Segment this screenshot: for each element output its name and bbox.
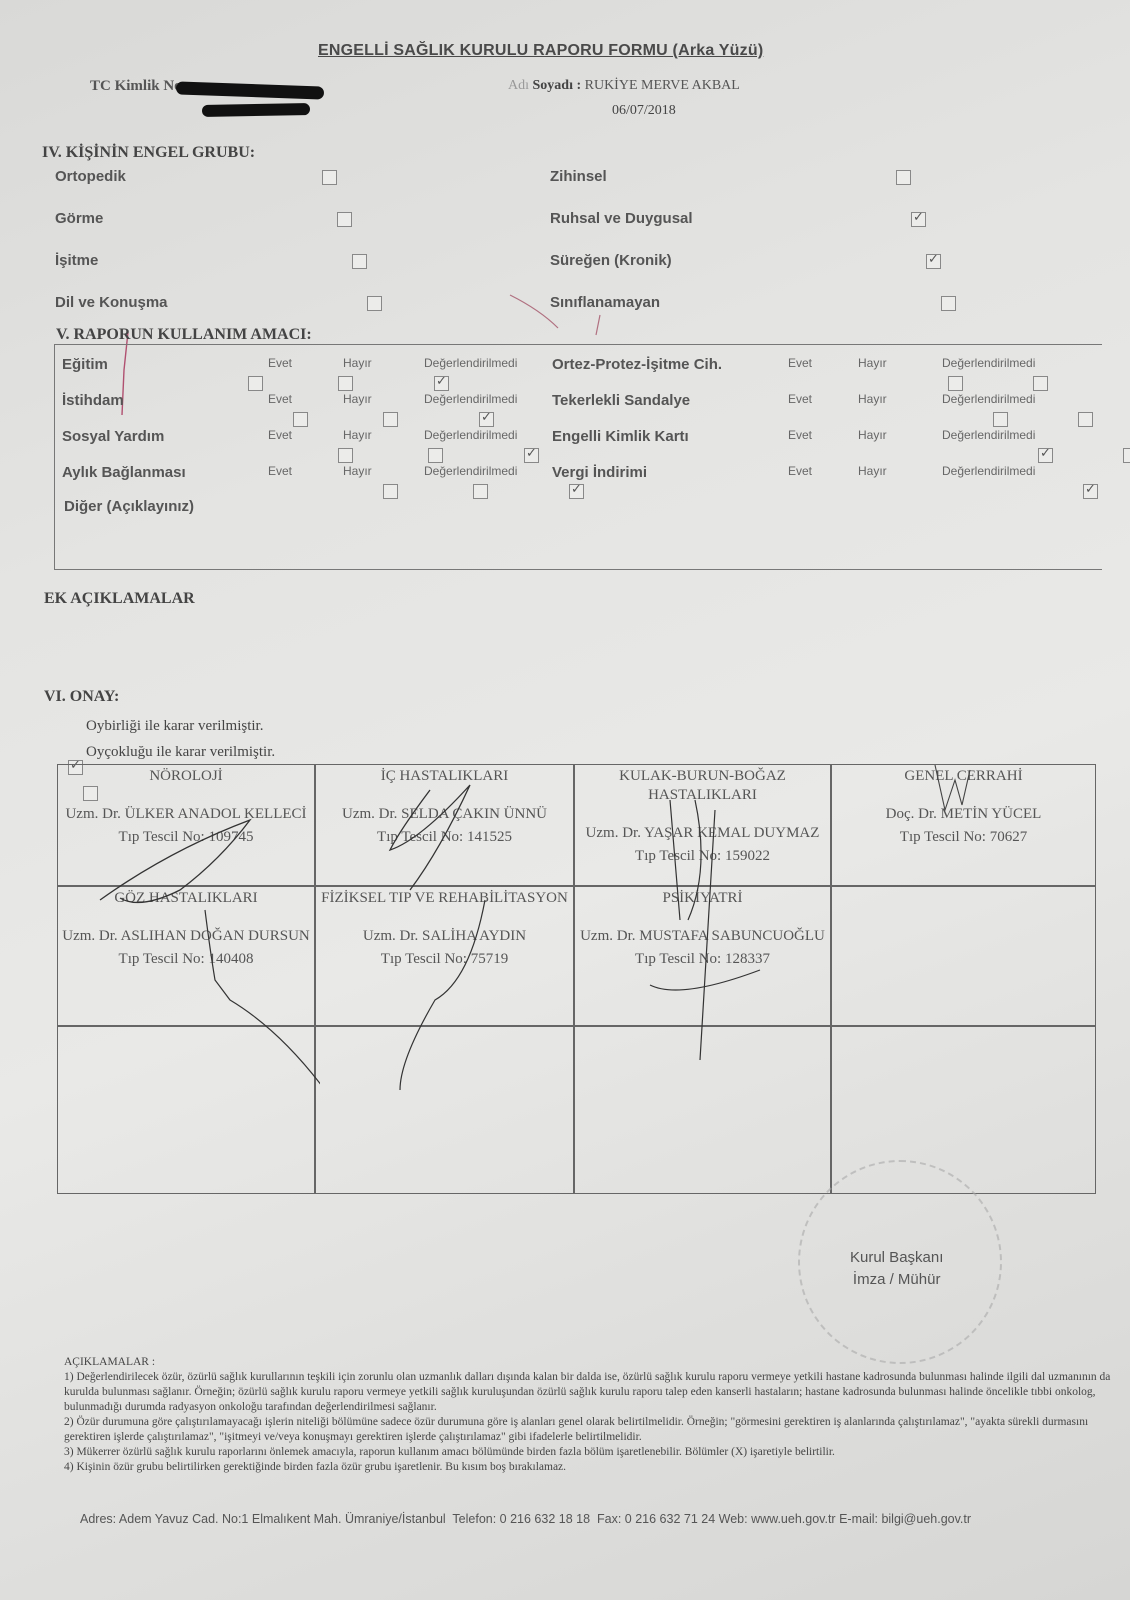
usage-row-label: Tekerlekli Sandalye <box>552 392 690 409</box>
usage-option-label: Evet <box>268 464 292 478</box>
usage-option-label: Hayır <box>343 464 372 478</box>
usage-option-label: Değerlendirilmedi <box>942 464 1035 478</box>
footer-contact: Adres: Adem Yavuz Cad. No:1 Elmalıkent M… <box>80 1512 971 1526</box>
usage-other-label: Diğer (Açıklayınız) <box>64 498 194 515</box>
committee-department: GÖZ HASTALIKLARI <box>58 889 314 908</box>
name-label: Soyadı : <box>533 78 582 93</box>
disability-group-checkbox[interactable] <box>941 296 956 311</box>
usage-row-label: İstihdam <box>62 392 124 409</box>
usage-option-label: Hayır <box>858 464 887 478</box>
usage-option-label: Hayır <box>858 356 887 370</box>
extra-notes-heading: EK AÇIKLAMALAR <box>44 590 195 608</box>
usage-option-checkbox[interactable] <box>248 376 263 391</box>
approval-option-label: Oyçokluğu ile karar verilmiştir. <box>86 744 275 761</box>
usage-option-label: Hayır <box>858 428 887 442</box>
committee-department: FİZİKSEL TIP VE REHABİLİTASYON <box>316 889 573 908</box>
chair-label: Kurul Başkanı <box>850 1247 943 1269</box>
usage-option-checkbox[interactable] <box>338 376 353 391</box>
usage-row-label: Aylık Bağlanması <box>62 464 186 481</box>
disability-group-heading: IV. KİŞİNİN ENGEL GRUBU: <box>42 144 255 162</box>
name-line: Adı Soyadı : RUKİYE MERVE AKBAL <box>508 78 740 94</box>
usage-option-checkbox[interactable] <box>1078 412 1093 427</box>
note-item: 2) Özür durumuna göre çalıştırılamayacağ… <box>64 1415 1124 1445</box>
usage-option-checkbox[interactable] <box>948 376 963 391</box>
chair-signature-label: Kurul Başkanı İmza / Mühür <box>850 1247 943 1291</box>
report-date: 06/07/2018 <box>612 103 676 119</box>
name-label-prefix: Adı <box>508 78 529 93</box>
committee-doctor: Uzm. Dr. SELDA ÇAKIN ÜNNÜ <box>316 804 573 825</box>
usage-option-checkbox[interactable] <box>993 412 1008 427</box>
tc-id-label: TC Kimlik No: <box>90 78 187 95</box>
committee-cell: FİZİKSEL TIP VE REHABİLİTASYONUzm. Dr. S… <box>315 886 574 1026</box>
usage-heading: V. RAPORUN KULLANIM AMACI: <box>56 326 312 344</box>
committee-department: NÖROLOJİ <box>58 767 314 786</box>
usage-option-label: Değerlendirilmedi <box>942 392 1035 406</box>
approval-option-label: Oybirliği ile karar verilmiştir. <box>86 718 263 735</box>
usage-option-label: Hayır <box>343 356 372 370</box>
usage-row-label: Sosyal Yardım <box>62 428 164 445</box>
usage-option-checkbox[interactable] <box>293 412 308 427</box>
usage-option-label: Evet <box>268 356 292 370</box>
notes-section: AÇIKLAMALAR : 1) Değerlendirilecek özür,… <box>64 1355 1124 1475</box>
usage-option-label: Değerlendirilmedi <box>424 392 517 406</box>
usage-option-label: Evet <box>788 392 812 406</box>
committee-cell: NÖROLOJİUzm. Dr. ÜLKER ANADOL KELLECİTıp… <box>57 764 315 886</box>
usage-option-checkbox[interactable] <box>383 412 398 427</box>
usage-row-label: Vergi İndirimi <box>552 464 647 481</box>
usage-option-checkbox[interactable] <box>479 412 494 427</box>
committee-department: GENEL CERRAHİ <box>832 767 1095 786</box>
committee-cell: GENEL CERRAHİDoç. Dr. METİN YÜCELTıp Tes… <box>831 764 1096 886</box>
redaction-bar <box>202 103 310 117</box>
committee-registration: Tıp Tescil No: 141525 <box>316 829 573 846</box>
usage-option-label: Değerlendirilmedi <box>424 464 517 478</box>
disability-group-label: Dil ve Konuşma <box>55 294 168 311</box>
usage-option-label: Değerlendirilmedi <box>424 356 517 370</box>
usage-rows: EğitimEvetHayırDeğerlendirilmediİstihdam… <box>0 20 1130 40</box>
committee-registration: Tıp Tescil No: 70627 <box>832 829 1095 846</box>
footer-fax: Fax: 0 216 632 71 24 <box>597 1512 715 1526</box>
committee-table: NÖROLOJİUzm. Dr. ÜLKER ANADOL KELLECİTıp… <box>57 764 1117 1194</box>
disability-group-label: Görme <box>55 210 103 227</box>
committee-registration: Tıp Tescil No: 159022 <box>575 848 830 865</box>
usage-option-checkbox[interactable] <box>383 484 398 499</box>
committee-cell <box>831 886 1096 1026</box>
name-value: RUKİYE MERVE AKBAL <box>585 78 740 93</box>
footer-email: E-mail: bilgi@ueh.gov.tr <box>839 1512 971 1526</box>
note-item: 4) Kişinin özür grubu belirtilirken gere… <box>64 1460 1124 1475</box>
note-item: 1) Değerlendirilecek özür, özürlü sağlık… <box>64 1370 1124 1415</box>
disability-group-checkbox[interactable] <box>367 296 382 311</box>
usage-option-label: Evet <box>788 428 812 442</box>
disability-group-label: Sınıflanamayan <box>550 294 660 311</box>
disability-group-label: İşitme <box>55 252 98 269</box>
committee-doctor: Uzm. Dr. ASLIHAN DOĞAN DURSUN <box>58 926 314 947</box>
committee-registration: Tıp Tescil No: 140408 <box>58 951 314 968</box>
committee-cell <box>574 1026 831 1194</box>
disability-group-label: Ortopedik <box>55 168 126 185</box>
usage-option-checkbox[interactable] <box>569 484 584 499</box>
committee-cell <box>315 1026 574 1194</box>
usage-option-checkbox[interactable] <box>338 448 353 463</box>
committee-doctor: Uzm. Dr. MUSTAFA SABUNCUOĞLU <box>575 926 830 947</box>
disability-group-label: Ruhsal ve Duygusal <box>550 210 693 227</box>
usage-option-label: Evet <box>788 356 812 370</box>
usage-option-label: Evet <box>268 392 292 406</box>
disability-group-label: Süreğen (Kronik) <box>550 252 672 269</box>
note-item: 3) Mükerrer özürlü sağlık kurulu raporla… <box>64 1445 1124 1460</box>
usage-option-label: Evet <box>268 428 292 442</box>
notes-heading: AÇIKLAMALAR : <box>64 1355 1124 1370</box>
committee-cell: GÖZ HASTALIKLARIUzm. Dr. ASLIHAN DOĞAN D… <box>57 886 315 1026</box>
committee-department: KULAK-BURUN-BOĞAZ HASTALIKLARI <box>575 767 830 805</box>
signature-seal-label: İmza / Mühür <box>850 1269 943 1291</box>
committee-cell <box>57 1026 315 1194</box>
usage-option-checkbox[interactable] <box>524 448 539 463</box>
disability-group-checkbox[interactable] <box>911 212 926 227</box>
committee-registration: Tıp Tescil No: 109745 <box>58 829 314 846</box>
disability-group-checkbox[interactable] <box>926 254 941 269</box>
usage-box <box>54 344 1102 570</box>
committee-registration: Tıp Tescil No: 128337 <box>575 951 830 968</box>
usage-option-checkbox[interactable] <box>1123 448 1130 463</box>
footer-web: Web: www.ueh.gov.tr <box>719 1512 836 1526</box>
committee-cell: İÇ HASTALIKLARIUzm. Dr. SELDA ÇAKIN ÜNNÜ… <box>315 764 574 886</box>
committee-doctor: Uzm. Dr. ÜLKER ANADOL KELLECİ <box>58 804 314 825</box>
usage-option-label: Değerlendirilmedi <box>942 428 1035 442</box>
usage-option-checkbox[interactable] <box>434 376 449 391</box>
usage-option-checkbox[interactable] <box>1033 376 1048 391</box>
footer-address: Adres: Adem Yavuz Cad. No:1 Elmalıkent M… <box>80 1512 446 1526</box>
committee-department: PSİKİYATRİ <box>575 889 830 908</box>
footer-phone: Telefon: 0 216 632 18 18 <box>452 1512 590 1526</box>
usage-option-checkbox[interactable] <box>1038 448 1053 463</box>
committee-registration: Tıp Tescil No: 75719 <box>316 951 573 968</box>
disability-group-label: Zihinsel <box>550 168 607 185</box>
disability-group-checkbox[interactable] <box>337 212 352 227</box>
usage-option-label: Hayır <box>343 392 372 406</box>
redaction-bar <box>176 81 324 99</box>
usage-option-checkbox[interactable] <box>1083 484 1098 499</box>
usage-option-label: Evet <box>788 464 812 478</box>
usage-option-label: Hayır <box>343 428 372 442</box>
committee-cell: PSİKİYATRİUzm. Dr. MUSTAFA SABUNCUOĞLUTı… <box>574 886 831 1026</box>
usage-option-label: Değerlendirilmedi <box>942 356 1035 370</box>
usage-option-label: Hayır <box>858 392 887 406</box>
usage-row-label: Eğitim <box>62 356 108 373</box>
committee-department: İÇ HASTALIKLARI <box>316 767 573 786</box>
committee-doctor: Doç. Dr. METİN YÜCEL <box>832 804 1095 825</box>
usage-row-label: Ortez-Protez-İşitme Cih. <box>552 356 722 373</box>
usage-option-checkbox[interactable] <box>473 484 488 499</box>
form-title: ENGELLİ SAĞLIK KURULU RAPORU FORMU (Arka… <box>318 42 763 60</box>
usage-option-label: Değerlendirilmedi <box>424 428 517 442</box>
disability-group-list: OrtopedikGörmeİşitmeDil ve KonuşmaZihins… <box>0 0 1130 20</box>
committee-cell: KULAK-BURUN-BOĞAZ HASTALIKLARIUzm. Dr. Y… <box>574 764 831 886</box>
approval-heading: VI. ONAY: <box>44 688 119 706</box>
disability-group-checkbox[interactable] <box>352 254 367 269</box>
usage-option-checkbox[interactable] <box>428 448 443 463</box>
disability-group-checkbox[interactable] <box>896 170 911 185</box>
committee-doctor: Uzm. Dr. YAŞAR KEMAL DUYMAZ <box>575 823 830 844</box>
committee-doctor: Uzm. Dr. SALİHA AYDIN <box>316 926 573 947</box>
disability-group-checkbox[interactable] <box>322 170 337 185</box>
usage-row-label: Engelli Kimlik Kartı <box>552 428 689 445</box>
